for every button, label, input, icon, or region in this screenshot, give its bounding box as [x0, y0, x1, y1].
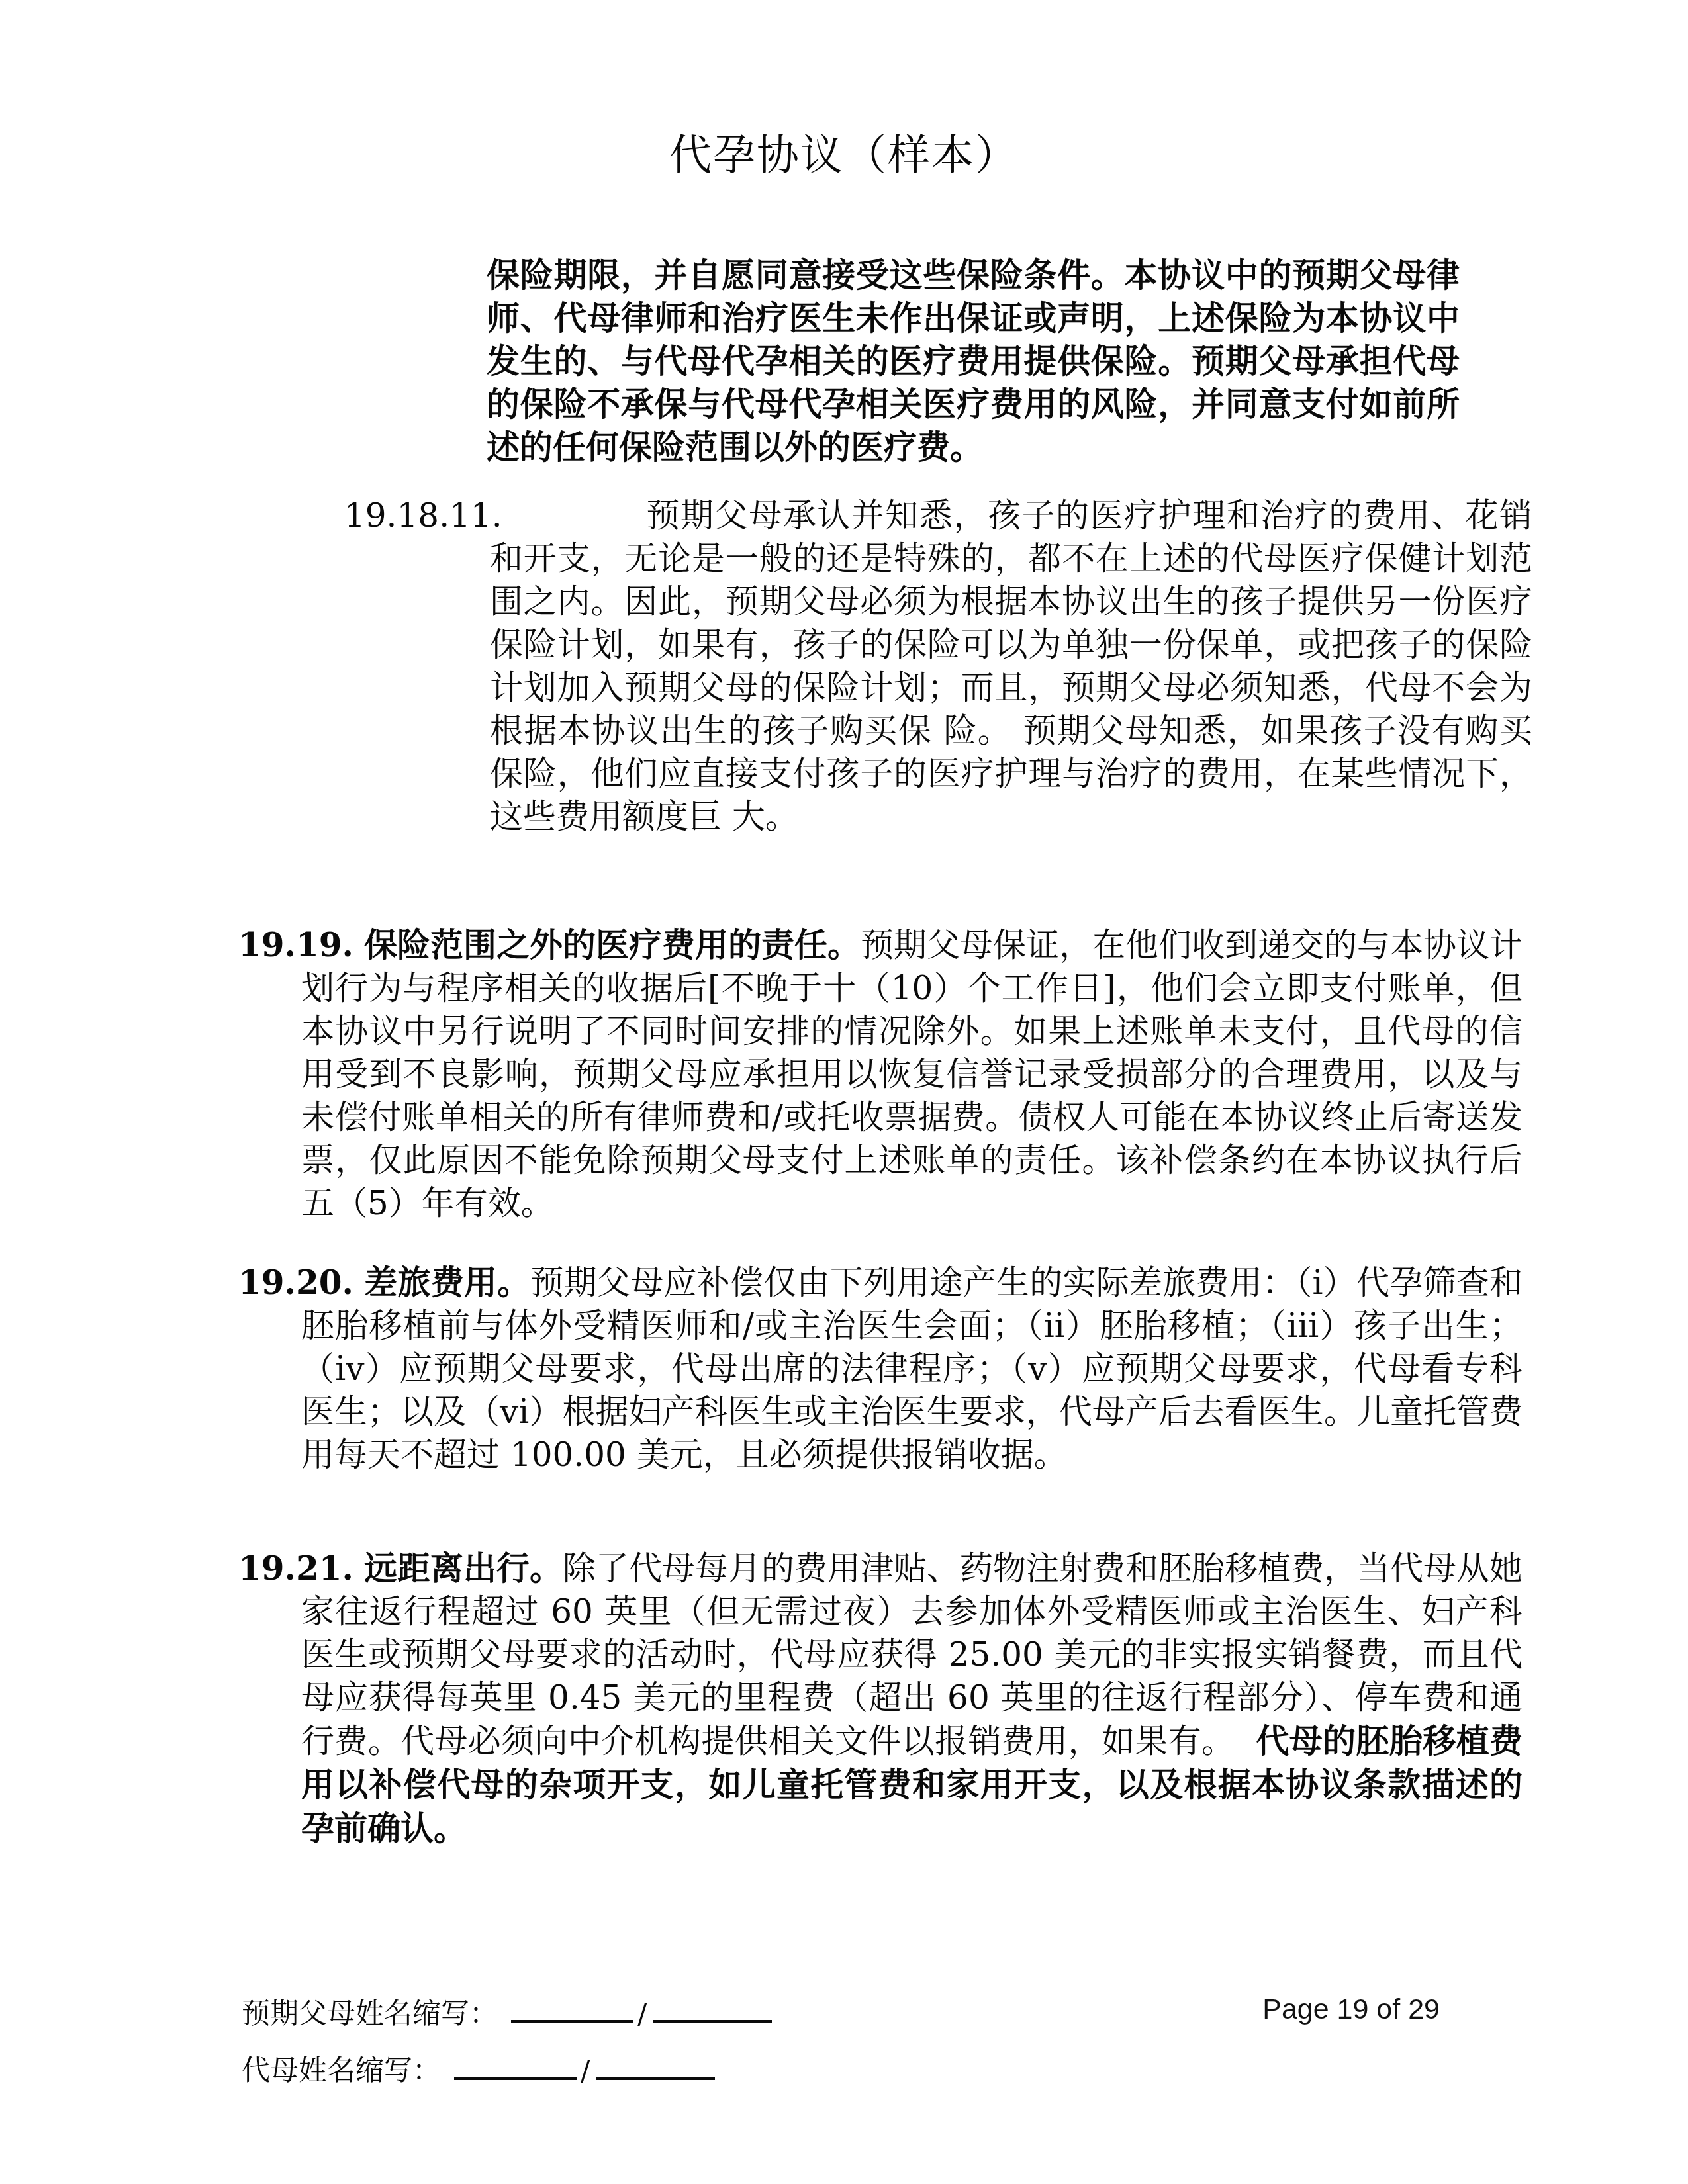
clause-number: 19.21. [238, 1549, 353, 1588]
clause-body: 预期父母保证，在他们收到递交的与本协议计划行为与程序相关的收据后[不晚于十（10… [301, 926, 1523, 1222]
parents-initials-label: 预期父母姓名缩写： [242, 1997, 498, 2030]
initials-blank-line [511, 1993, 633, 2023]
clause-19-18-11: 19.18.11.预期父母承认并知悉，孩子的医疗护理和治疗的费用、花销和开支，无… [417, 494, 1532, 839]
initials-separator: / [637, 1997, 647, 2031]
initials-blank-line [653, 1993, 772, 2023]
clause-number: 19.18.11. [417, 494, 645, 537]
page-number: Page 19 of 29 [1262, 1993, 1440, 2026]
initials-separator: / [581, 2054, 590, 2088]
intro-insurance-paragraph: 保险期限，并自愿同意接受这些保险条件。本协议中的预期父母律师、代母律师和治疗医生… [487, 253, 1460, 469]
clause-number: 19.20. [238, 1263, 353, 1302]
clause-heading: 保险范围之外的医疗费用的责任。 [364, 925, 861, 964]
clause-number: 19.19. [238, 925, 353, 964]
document-page: 代孕协议（样本） 保险期限，并自愿同意接受这些保险条件。本协议中的预期父母律师、… [0, 0, 1688, 2184]
clause-19-19: 19.19.保险范围之外的医疗费用的责任。预期父母保证，在他们收到递交的与本协议… [238, 923, 1523, 1225]
footer-parents-initials: 预期父母姓名缩写：/ [242, 1993, 772, 2031]
page-title: 代孕协议（样本） [0, 121, 1688, 182]
initials-blank-line [596, 2050, 715, 2080]
clause-19-20: 19.20.差旅费用。预期父母应补偿仅由下列用途产生的实际差旅费用：（i）代孕筛… [238, 1261, 1523, 1477]
footer-surrogate-initials: 代母姓名缩写：/ [242, 2050, 715, 2088]
surrogate-initials-label: 代母姓名缩写： [242, 2054, 441, 2087]
clause-body: 预期父母承认并知悉，孩子的医疗护理和治疗的费用、花销和开支，无论是一般的还是特殊… [490, 496, 1532, 836]
clause-19-21: 19.21.远距离出行。除了代母每月的费用津贴、药物注射费和胚胎移植费，当代母从… [238, 1547, 1523, 1850]
initials-blank-line [454, 2050, 577, 2080]
clause-heading: 差旅费用。 [364, 1263, 531, 1302]
clause-heading: 远距离出行。 [364, 1549, 563, 1588]
